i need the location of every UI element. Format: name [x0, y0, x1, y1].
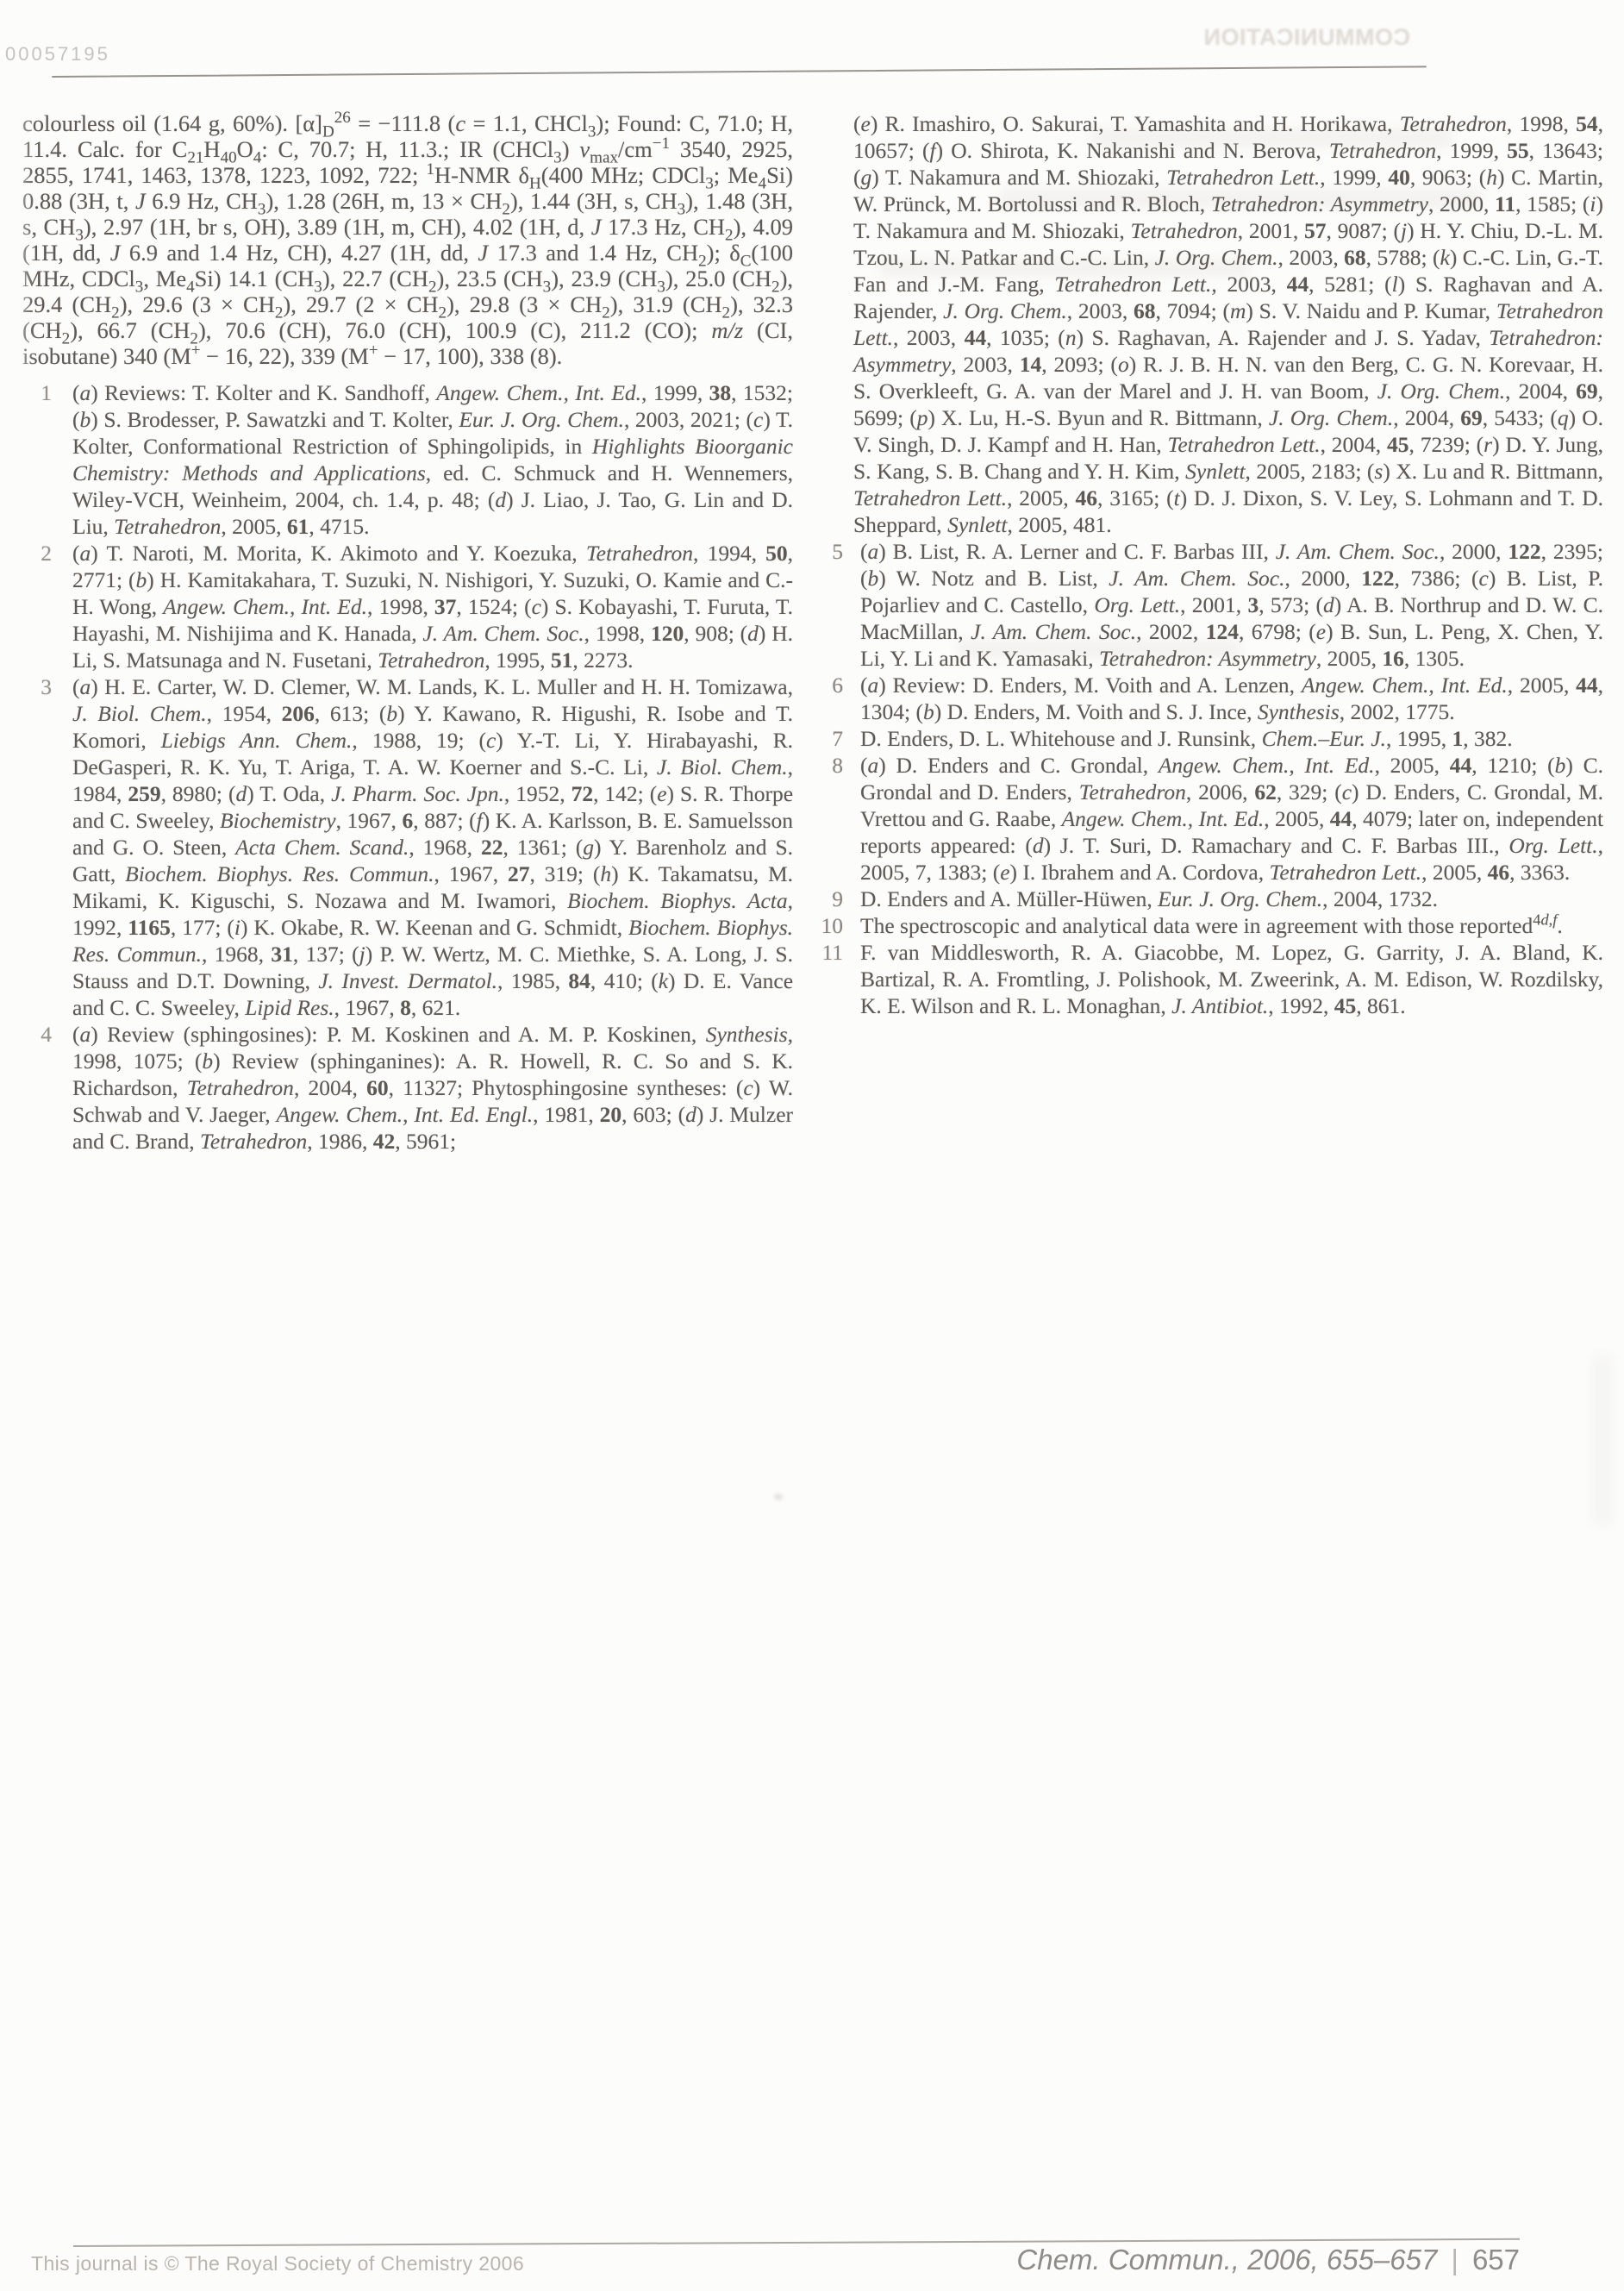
reference-number: 9: [815, 886, 843, 912]
copyright-notice: This journal is © The Royal Society of C…: [31, 2252, 524, 2275]
bleedthrough-communication-text: COMMUNICATION: [1229, 24, 1410, 51]
page-number: 657: [1472, 2244, 1520, 2276]
scanned-journal-page: 00057195 COMMUNICATION colourless oil (1…: [0, 0, 1624, 2291]
reference-text: (a) H. E. Carter, W. D. Clemer, W. M. La…: [72, 673, 793, 1021]
bleedthrough-smudge: [1591, 1354, 1614, 1526]
reference-number: 11: [815, 939, 843, 966]
reference-text: F. van Middlesworth, R. A. Giacobbe, M. …: [860, 939, 1603, 1019]
reference-item-8: 8 (a) D. Enders and C. Grondal, Angew. C…: [815, 752, 1603, 886]
reference-text: (a) D. Enders and C. Grondal, Angew. Che…: [860, 752, 1603, 886]
reference-item-2: 2 (a) T. Naroti, M. Morita, K. Akimoto a…: [34, 540, 793, 673]
footer-separator: |: [1451, 2244, 1458, 2276]
reference-number: 1: [34, 379, 52, 406]
journal-citation: Chem. Commun., 2006, 655–657: [1016, 2244, 1437, 2276]
reference-text: (a) Reviews: T. Kolter and K. Sandhoff, …: [72, 379, 793, 540]
reference-item-10: 10 The spectroscopic and analytical data…: [815, 912, 1603, 939]
reference-text: (a) B. List, R. A. Lerner and C. F. Barb…: [860, 538, 1603, 672]
reference-4-continuation: (e) R. Imashiro, O. Sakurai, T. Yamashit…: [853, 110, 1603, 538]
reference-text: D. Enders and A. Müller-Hüwen, Eur. J. O…: [860, 886, 1603, 912]
reference-text: (a) Review: D. Enders, M. Voith and A. L…: [860, 672, 1603, 725]
reference-text: D. Enders, D. L. Whitehouse and J. Runsi…: [860, 725, 1603, 752]
reference-item-7: 7 D. Enders, D. L. Whitehouse and J. Run…: [815, 725, 1603, 752]
reference-text: (a) Review (sphingosines): P. M. Koskine…: [72, 1021, 793, 1155]
right-column: (e) R. Imashiro, O. Sakurai, T. Yamashit…: [815, 110, 1603, 1019]
scan-number: 00057195: [5, 43, 110, 66]
reference-item-4: 4 (a) Review (sphingosines): P. M. Koski…: [34, 1021, 793, 1155]
reference-number: 2: [34, 540, 52, 566]
experimental-data-paragraph: colourless oil (1.64 g, 60%). [α]D26 = −…: [22, 110, 793, 369]
reference-list-right: 5 (a) B. List, R. A. Lerner and C. F. Ba…: [815, 538, 1603, 1019]
reference-text: (a) T. Naroti, M. Morita, K. Akimoto and…: [72, 540, 793, 673]
reference-number: 4: [34, 1021, 52, 1048]
scan-speck: [774, 1493, 783, 1500]
reference-number: 3: [34, 673, 52, 700]
reference-item-5: 5 (a) B. List, R. A. Lerner and C. F. Ba…: [815, 538, 1603, 672]
reference-number: 8: [815, 752, 843, 779]
reference-list-left: 1 (a) Reviews: T. Kolter and K. Sandhoff…: [34, 379, 793, 1155]
reference-text: The spectroscopic and analytical data we…: [860, 912, 1603, 939]
left-column: colourless oil (1.64 g, 60%). [α]D26 = −…: [22, 110, 793, 1155]
reference-number: 10: [815, 912, 843, 939]
reference-item-1: 1 (a) Reviews: T. Kolter and K. Sandhoff…: [34, 379, 793, 540]
citation-footer: Chem. Commun., 2006, 655–657 | 657: [1016, 2244, 1520, 2276]
reference-number: 6: [815, 672, 843, 698]
reference-number: 5: [815, 538, 843, 565]
header-rule: [52, 66, 1427, 78]
reference-number: 7: [815, 725, 843, 752]
reference-item-11: 11 F. van Middlesworth, R. A. Giacobbe, …: [815, 939, 1603, 1019]
reference-item-3: 3 (a) H. E. Carter, W. D. Clemer, W. M. …: [34, 673, 793, 1021]
reference-item-6: 6 (a) Review: D. Enders, M. Voith and A.…: [815, 672, 1603, 725]
reference-item-9: 9 D. Enders and A. Müller-Hüwen, Eur. J.…: [815, 886, 1603, 912]
